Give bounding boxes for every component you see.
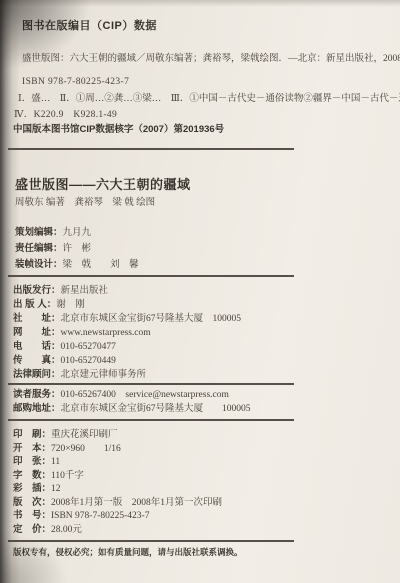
printing-block: 印 刷：重庆花溪印刷厂 开 本：720×960 1/16 印 张：11 字 数：…: [13, 429, 398, 536]
book-title: 盛世版图——六大王朝的疆域: [15, 178, 398, 192]
copyright-notice: 版权专有，侵权必究；如有质量问题，请与出版社联系调换。: [13, 547, 398, 558]
field-label: 传 真：: [13, 355, 61, 366]
field-row: 传 真：010-65270449: [13, 355, 398, 367]
field-value: 许 彬: [63, 244, 92, 254]
divider: [8, 148, 294, 150]
field-row: 彩 插：12: [13, 483, 398, 495]
field-label: 策划编辑：: [15, 227, 63, 238]
field-value: 九月九: [63, 228, 92, 238]
field-value: 北京建元律师事务所: [61, 370, 147, 380]
editors-block: 策划编辑：九月九 责任编辑：许 彬 装帧设计：梁 戟 刘 馨: [15, 227, 398, 271]
divider: [8, 540, 294, 542]
field-value: 2008年1月第一版 2008年1月第一次印刷: [51, 498, 222, 508]
field-row: 责任编辑：许 彬: [15, 243, 398, 255]
field-value: www.newstarpress.com: [61, 328, 151, 338]
field-label: 电 话：: [13, 341, 61, 352]
book-copyright-page: 图书在版编目（CIP）数据 盛世版图：六大王朝的疆域／周敬东编著；龚裕琴，梁戟绘…: [0, 0, 400, 583]
cip-classification: Ⅰ．盛… Ⅱ．①周…②龚…③梁… Ⅲ．①中国－古代史－通俗读物②疆界－中国－古代…: [18, 93, 398, 105]
field-label: 书 号：: [13, 510, 51, 521]
cip-record-number: 中国版本图书馆CIP数据核字（2007）第201936号: [13, 124, 398, 136]
field-row: 出 版 人：谢 刚: [13, 299, 398, 311]
field-row: 书 号：ISBN 978-7-80225-423-7: [13, 510, 398, 522]
field-label: 出 版 人：: [13, 299, 56, 310]
field-value: 梁 戟 刘 馨: [63, 260, 139, 270]
field-row: 出版发行：新星出版社: [13, 285, 398, 297]
field-label: 邮购地址：: [13, 403, 61, 414]
field-value: 11: [51, 457, 60, 467]
field-row: 电 话：010-65270477: [13, 341, 398, 353]
field-row: 法律顾问：北京建元律师事务所: [13, 369, 398, 381]
cip-isbn: ISBN 978-7-80225-423-7: [22, 76, 398, 88]
field-value: 010-65270449: [61, 356, 116, 366]
divider: [8, 383, 294, 385]
field-row: 字 数：110千字: [13, 470, 398, 482]
field-label: 字 数：: [13, 470, 51, 481]
field-label: 印 刷：: [13, 429, 51, 440]
field-label: 责任编辑：: [15, 243, 63, 254]
field-label: 社 址：: [13, 313, 61, 324]
divider: [8, 275, 294, 277]
field-label: 版 次：: [13, 497, 51, 508]
field-value: 010-65267400 service@newstarpress.com: [61, 390, 229, 400]
book-authors: 周敬东 编著 龚裕琴 梁 戟 绘图: [15, 197, 398, 209]
cip-description: 盛世版图：六大王朝的疆域／周敬东编著；龚裕琴，梁戟绘图．—北京：新星出版社，20…: [22, 53, 398, 65]
field-row: 定 价：28.00元: [13, 524, 398, 536]
cip-header: 图书在版编目（CIP）数据: [22, 20, 398, 33]
field-value: 720×960 1/16: [51, 444, 121, 454]
divider: [8, 419, 294, 421]
field-label: 定 价：: [13, 524, 51, 535]
reader-service-block: 读者服务：010-65267400 service@newstarpress.c…: [13, 389, 398, 415]
field-label: 印 张：: [13, 456, 51, 467]
field-row: 读者服务：010-65267400 service@newstarpress.c…: [13, 389, 398, 401]
field-value: 北京市东城区金宝街67号隆基大厦 100005: [61, 314, 242, 324]
field-label: 出版发行：: [13, 285, 61, 296]
field-value: 12: [51, 484, 61, 494]
field-value: 28.00元: [51, 525, 82, 535]
field-row: 策划编辑：九月九: [15, 227, 398, 239]
field-label: 装帧设计：: [15, 259, 63, 270]
field-row: 装帧设计：梁 戟 刘 馨: [15, 259, 398, 271]
field-value: 新星出版社: [61, 286, 109, 296]
field-value: 重庆花溪印刷厂: [51, 430, 118, 440]
field-value: 谢 刚: [56, 300, 85, 310]
cip-class-codes: Ⅳ．K220.9 K928.1-49: [14, 109, 398, 121]
field-label: 网 址：: [13, 327, 61, 338]
field-value: 010-65270477: [61, 342, 116, 352]
field-value: ISBN 978-7-80225-423-7: [51, 511, 149, 521]
field-row: 开 本：720×960 1/16: [13, 443, 398, 455]
page-content: 图书在版编目（CIP）数据 盛世版图：六大王朝的疆域／周敬东编著；龚裕琴，梁戟绘…: [22, 0, 398, 558]
field-label: 读者服务：: [13, 389, 61, 400]
field-value: 北京市东城区金宝街67号隆基大厦 100005: [61, 404, 251, 414]
field-row: 版 次：2008年1月第一版 2008年1月第一次印刷: [13, 497, 398, 509]
field-row: 印 刷：重庆花溪印刷厂: [13, 429, 398, 441]
field-row: 网 址：www.newstarpress.com: [13, 327, 398, 339]
field-row: 印 张：11: [13, 456, 398, 468]
publisher-block: 出版发行：新星出版社 出 版 人：谢 刚 社 址：北京市东城区金宝街67号隆基大…: [13, 285, 398, 381]
field-label: 开 本：: [13, 443, 51, 454]
field-label: 彩 插：: [13, 483, 51, 494]
field-value: 110千字: [51, 471, 84, 481]
field-row: 邮购地址：北京市东城区金宝街67号隆基大厦 100005: [13, 403, 398, 415]
field-row: 社 址：北京市东城区金宝街67号隆基大厦 100005: [13, 313, 398, 325]
field-label: 法律顾问：: [13, 369, 61, 380]
